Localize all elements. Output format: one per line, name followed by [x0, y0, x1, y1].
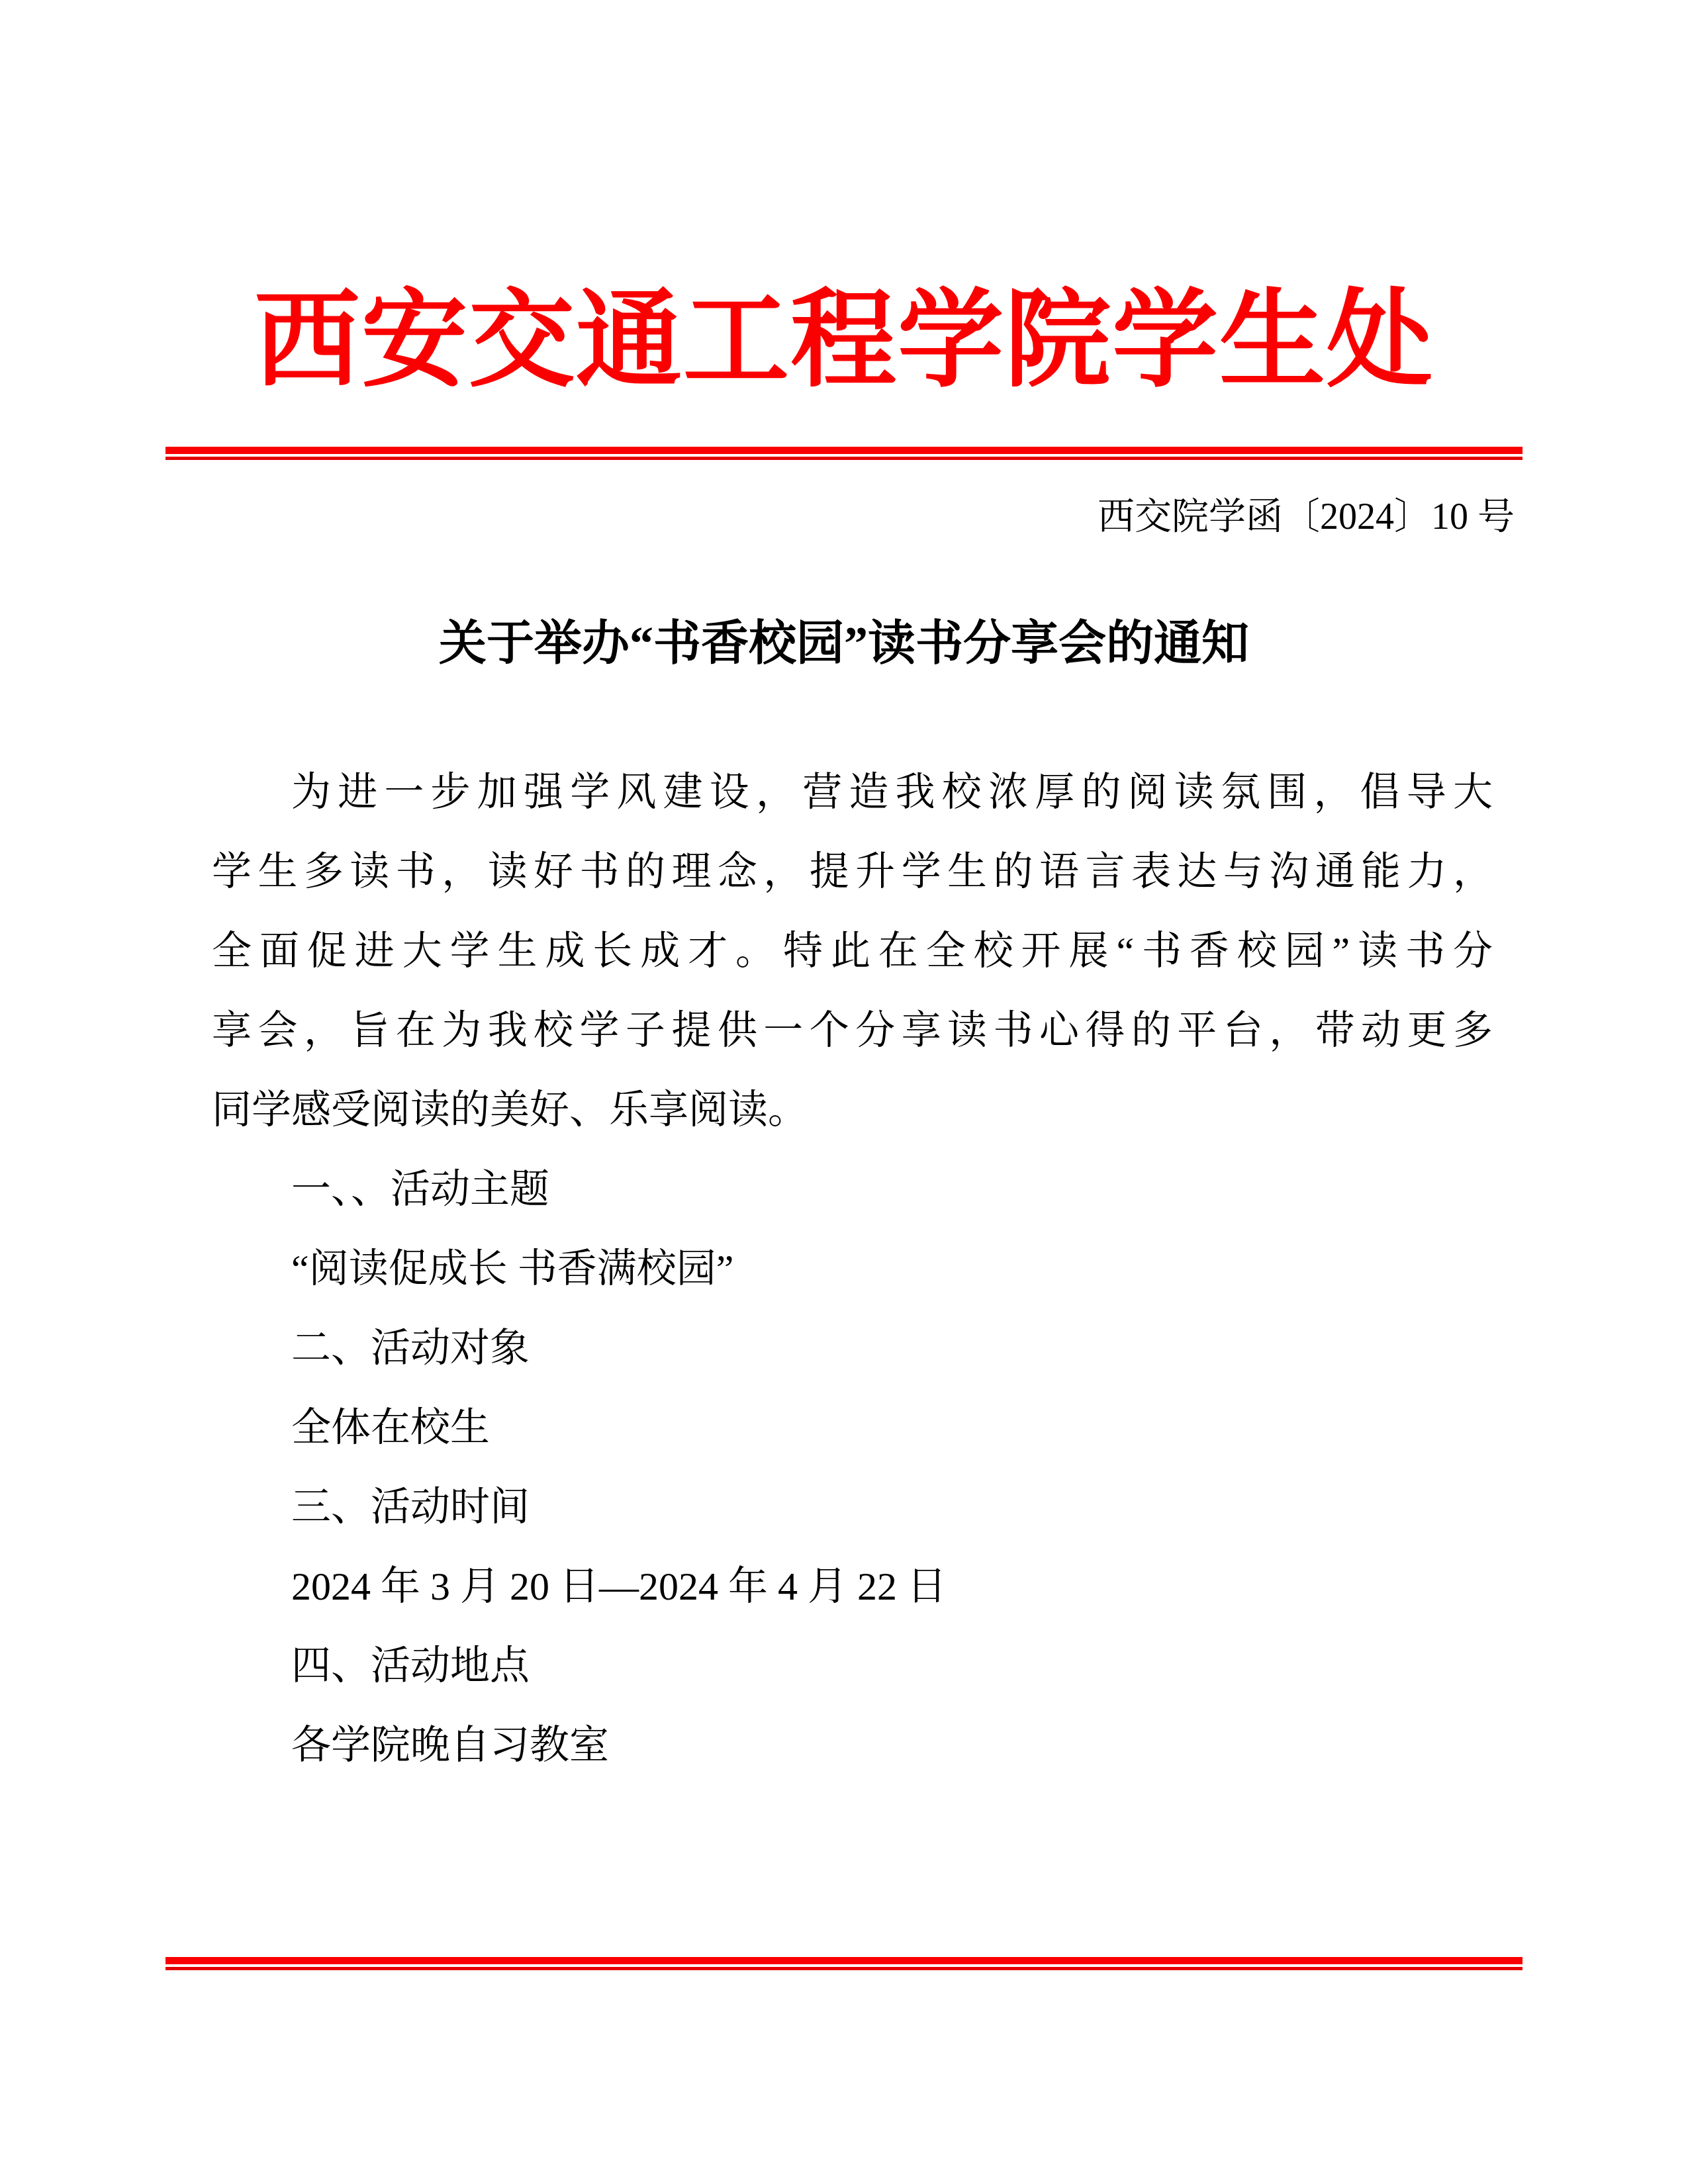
- section-heading: 一、、活动主题: [212, 1150, 1493, 1229]
- section-heading: 二、活动对象: [212, 1308, 1493, 1388]
- document-reference-number: 西交院学函〔2024〕10 号: [165, 496, 1523, 537]
- section-heading: 四、活动地点: [212, 1626, 1493, 1706]
- header-divider-thick-line: [165, 447, 1523, 454]
- body-paragraph-line: 全面促进大学生成长成才。特此在全校开展“书香校园”读书分: [212, 911, 1493, 991]
- footer-divider: [165, 1957, 1523, 1970]
- footer-divider-thin-line: [165, 1967, 1523, 1970]
- footer-divider-thick-line: [165, 1957, 1523, 1964]
- body-paragraph-line: 为进一步加强学风建设，营造我校浓厚的阅读氛围，倡导大: [212, 752, 1493, 832]
- document-page: 西安交通工程学院学生处 西交院学函〔2024〕10 号 关于举办“书香校园”读书…: [0, 0, 1688, 2184]
- notice-title: 关于举办“书香校园”读书分享会的通知: [0, 614, 1688, 673]
- body-paragraph-line: 学生多读书，读好书的理念，提升学生的语言表达与沟通能力，: [212, 832, 1493, 911]
- header-divider: [165, 447, 1523, 460]
- body-paragraph-line: 享会，旨在为我校学子提供一个分享读书心得的平台，带动更多: [212, 991, 1493, 1070]
- notice-body: 为进一步加强学风建设，营造我校浓厚的阅读氛围，倡导大学生多读书，读好书的理念，提…: [212, 752, 1493, 1785]
- body-paragraph-line: 同学感受阅读的美好、乐享阅读。: [212, 1070, 1493, 1150]
- section-content: 各学院晚自习教室: [212, 1706, 1493, 1785]
- header-divider-thin-line: [165, 457, 1523, 460]
- section-content: 全体在校生: [212, 1388, 1493, 1467]
- section-content: “阅读促成长 书香满校园”: [212, 1229, 1493, 1308]
- section-content: 2024 年 3 月 20 日—2024 年 4 月 22 日: [212, 1547, 1493, 1626]
- section-heading: 三、活动时间: [212, 1467, 1493, 1547]
- letterhead-title: 西安交通工程学院学生处: [0, 275, 1688, 407]
